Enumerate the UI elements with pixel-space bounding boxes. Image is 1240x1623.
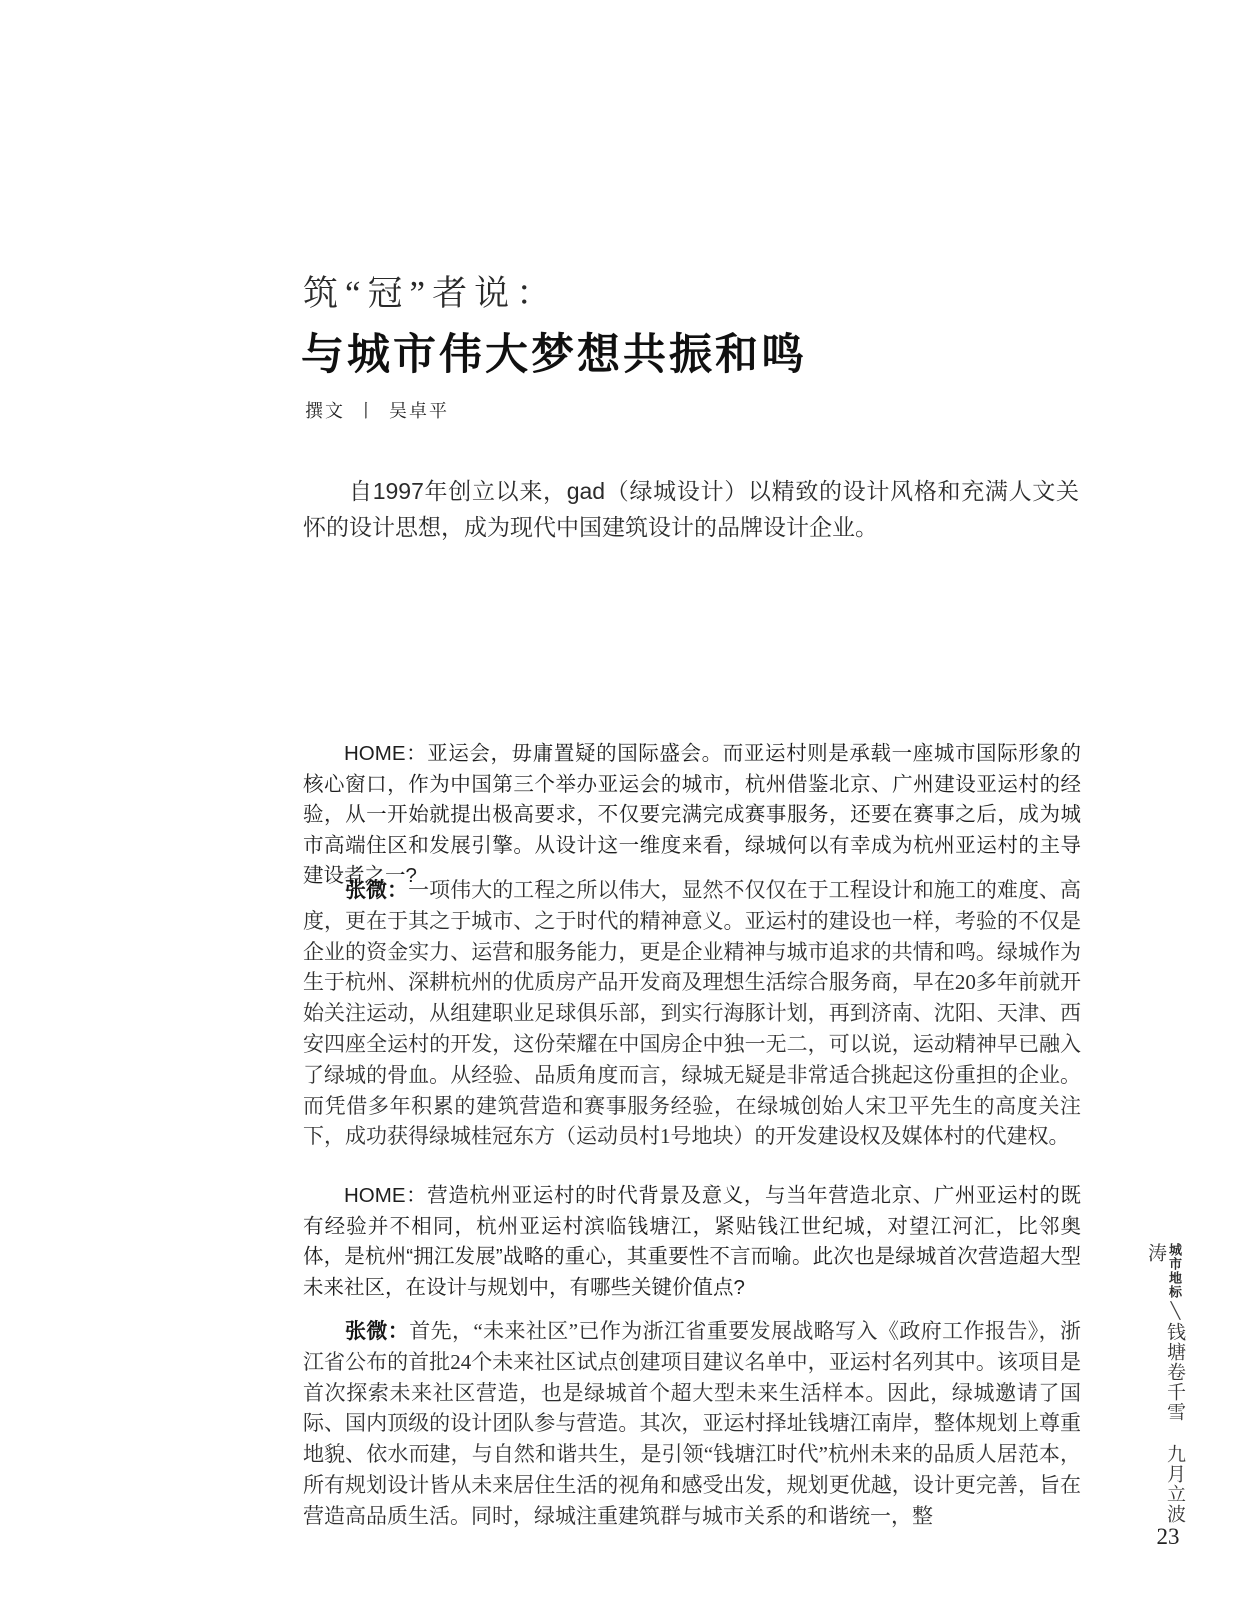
byline: 撰文丨吴卓平 xyxy=(305,397,449,423)
article-kicker: 筑“冠”者说： xyxy=(303,266,558,316)
byline-author: 吴卓平 xyxy=(389,401,449,421)
folio-series-label: 城市地标 xyxy=(1167,1243,1182,1299)
vertical-folio: 城市地标╲钱塘卷千雪九月立波涛 xyxy=(1146,1243,1184,1543)
folio-volume-title: 钱塘卷千雪 xyxy=(1164,1322,1185,1422)
answer-paragraph-1: 张微：一项伟大的工程之所以伟大，显然不仅仅在于工程设计和施工的难度、高度，更在于… xyxy=(303,875,1081,1152)
question-paragraph-1: HOME：亚运会，毋庸置疑的国际盛会。而亚运村则是承载一座城市国际形象的核心窗口… xyxy=(303,739,1081,892)
page-number: 23 xyxy=(1150,1524,1186,1550)
question-speaker-1: HOME： xyxy=(344,742,427,765)
article-title: 与城市伟大梦想共振和鸣 xyxy=(301,321,807,382)
byline-label: 撰文 xyxy=(305,401,345,421)
answer-text-2: 首先，“未来社区”已作为浙江省重要发展战略写入《政府工作报告》，浙江省公布的首批… xyxy=(303,1319,1081,1528)
folio-slash-separator: ╲ xyxy=(1166,1301,1183,1320)
question-speaker-2: HOME： xyxy=(344,1184,427,1207)
answer-text-1: 一项伟大的工程之所以伟大，显然不仅仅在于工程设计和施工的难度、高度，更在于其之于… xyxy=(303,878,1081,1148)
answer-speaker-1: 张微： xyxy=(345,878,408,902)
intro-paragraph: 自1997年创立以来，gad（绿城设计）以精致的设计风格和充满人文关怀的设计思想… xyxy=(303,473,1079,545)
answer-speaker-2: 张微： xyxy=(345,1319,409,1343)
byline-separator: 丨 xyxy=(357,401,377,421)
answer-paragraph-2: 张微：首先，“未来社区”已作为浙江省重要发展战略写入《政府工作报告》，浙江省公布… xyxy=(303,1316,1081,1532)
question-paragraph-2: HOME：营造杭州亚运村的时代背景及意义，与当年营造北京、广州亚运村的既有经验并… xyxy=(303,1181,1081,1303)
magazine-page: 筑“冠”者说： 与城市伟大梦想共振和鸣 撰文丨吴卓平 自1997年创立以来，ga… xyxy=(0,0,1240,1623)
